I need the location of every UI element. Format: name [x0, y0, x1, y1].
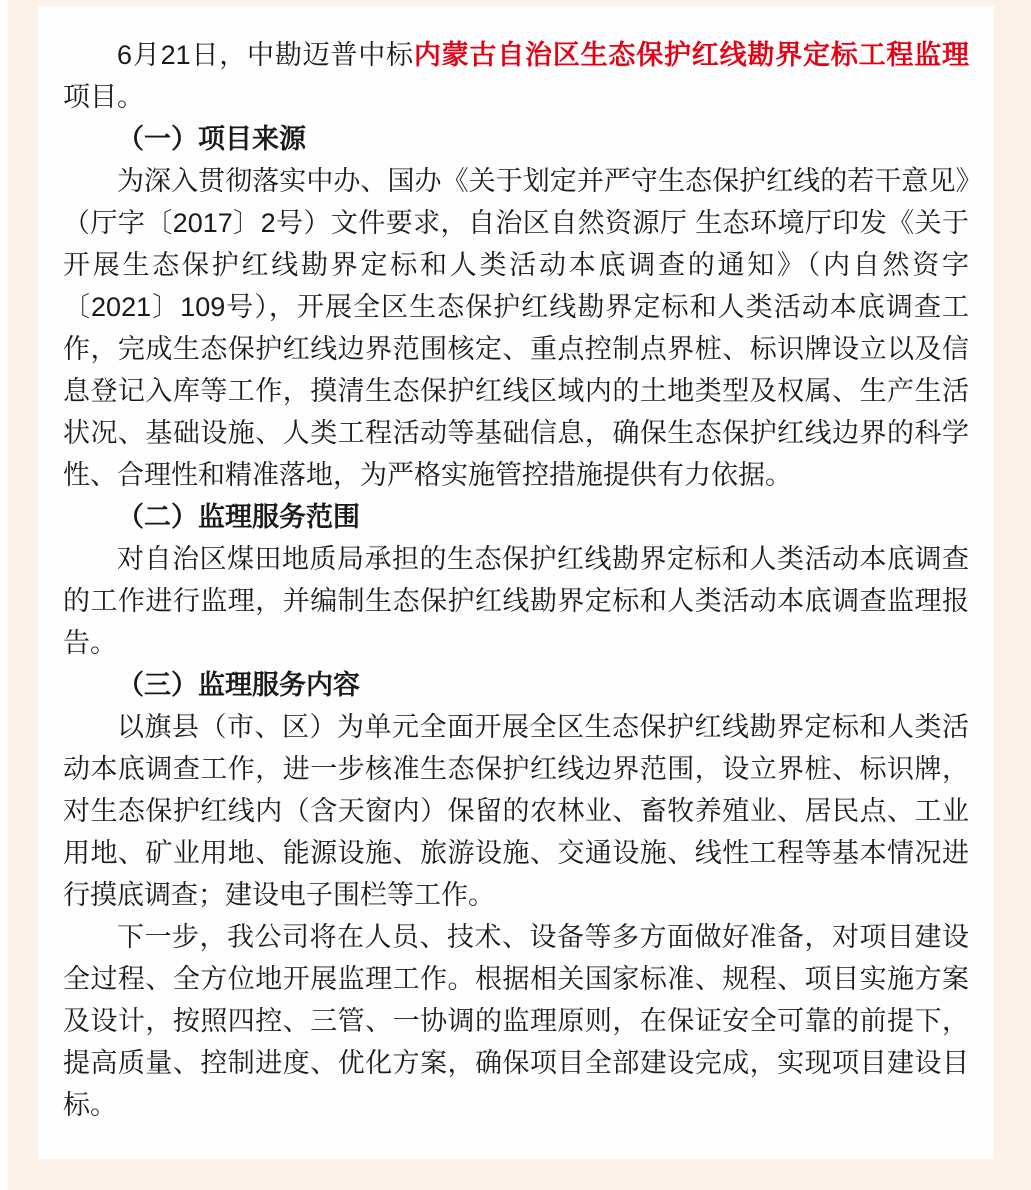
project-title-highlight: 内蒙古自治区生态保护红线勘界定标工程监理 [414, 40, 969, 70]
intro-suffix-text: 项目。 [63, 82, 144, 112]
intro-paragraph: 6月21日，中勘迈普中标内蒙古自治区生态保护红线勘界定标工程监理项目。 [63, 34, 969, 118]
section-heading-supervision-content: （三）监理服务内容 [63, 664, 969, 706]
intro-prefix-text: 6月21日，中勘迈普中标 [117, 40, 414, 70]
section-heading-supervision-scope: （二）监理服务范围 [63, 496, 969, 538]
article-body: 6月21日，中勘迈普中标内蒙古自治区生态保护红线勘界定标工程监理项目。 （一）项… [63, 34, 969, 1126]
section-paragraph-project-source: 为深入贯彻落实中办、国办《关于划定并严守生态保护红线的若干意见》（厅字〔2017… [63, 160, 969, 496]
closing-paragraph: 下一步，我公司将在人员、技术、设备等多方面做好准备，对项目建设全过程、全方位地开… [63, 916, 969, 1126]
section-paragraph-supervision-content: 以旗县（市、区）为单元全面开展全区生态保护红线勘界定标和人类活动本底调查工作，进… [63, 706, 969, 916]
section-paragraph-supervision-scope: 对自治区煤田地质局承担的生态保护红线勘界定标和人类活动本底调查的工作进行监理，并… [63, 538, 969, 664]
article-card: 6月21日，中勘迈普中标内蒙古自治区生态保护红线勘界定标工程监理项目。 （一）项… [38, 6, 994, 1159]
section-heading-project-source: （一）项目来源 [63, 118, 969, 160]
